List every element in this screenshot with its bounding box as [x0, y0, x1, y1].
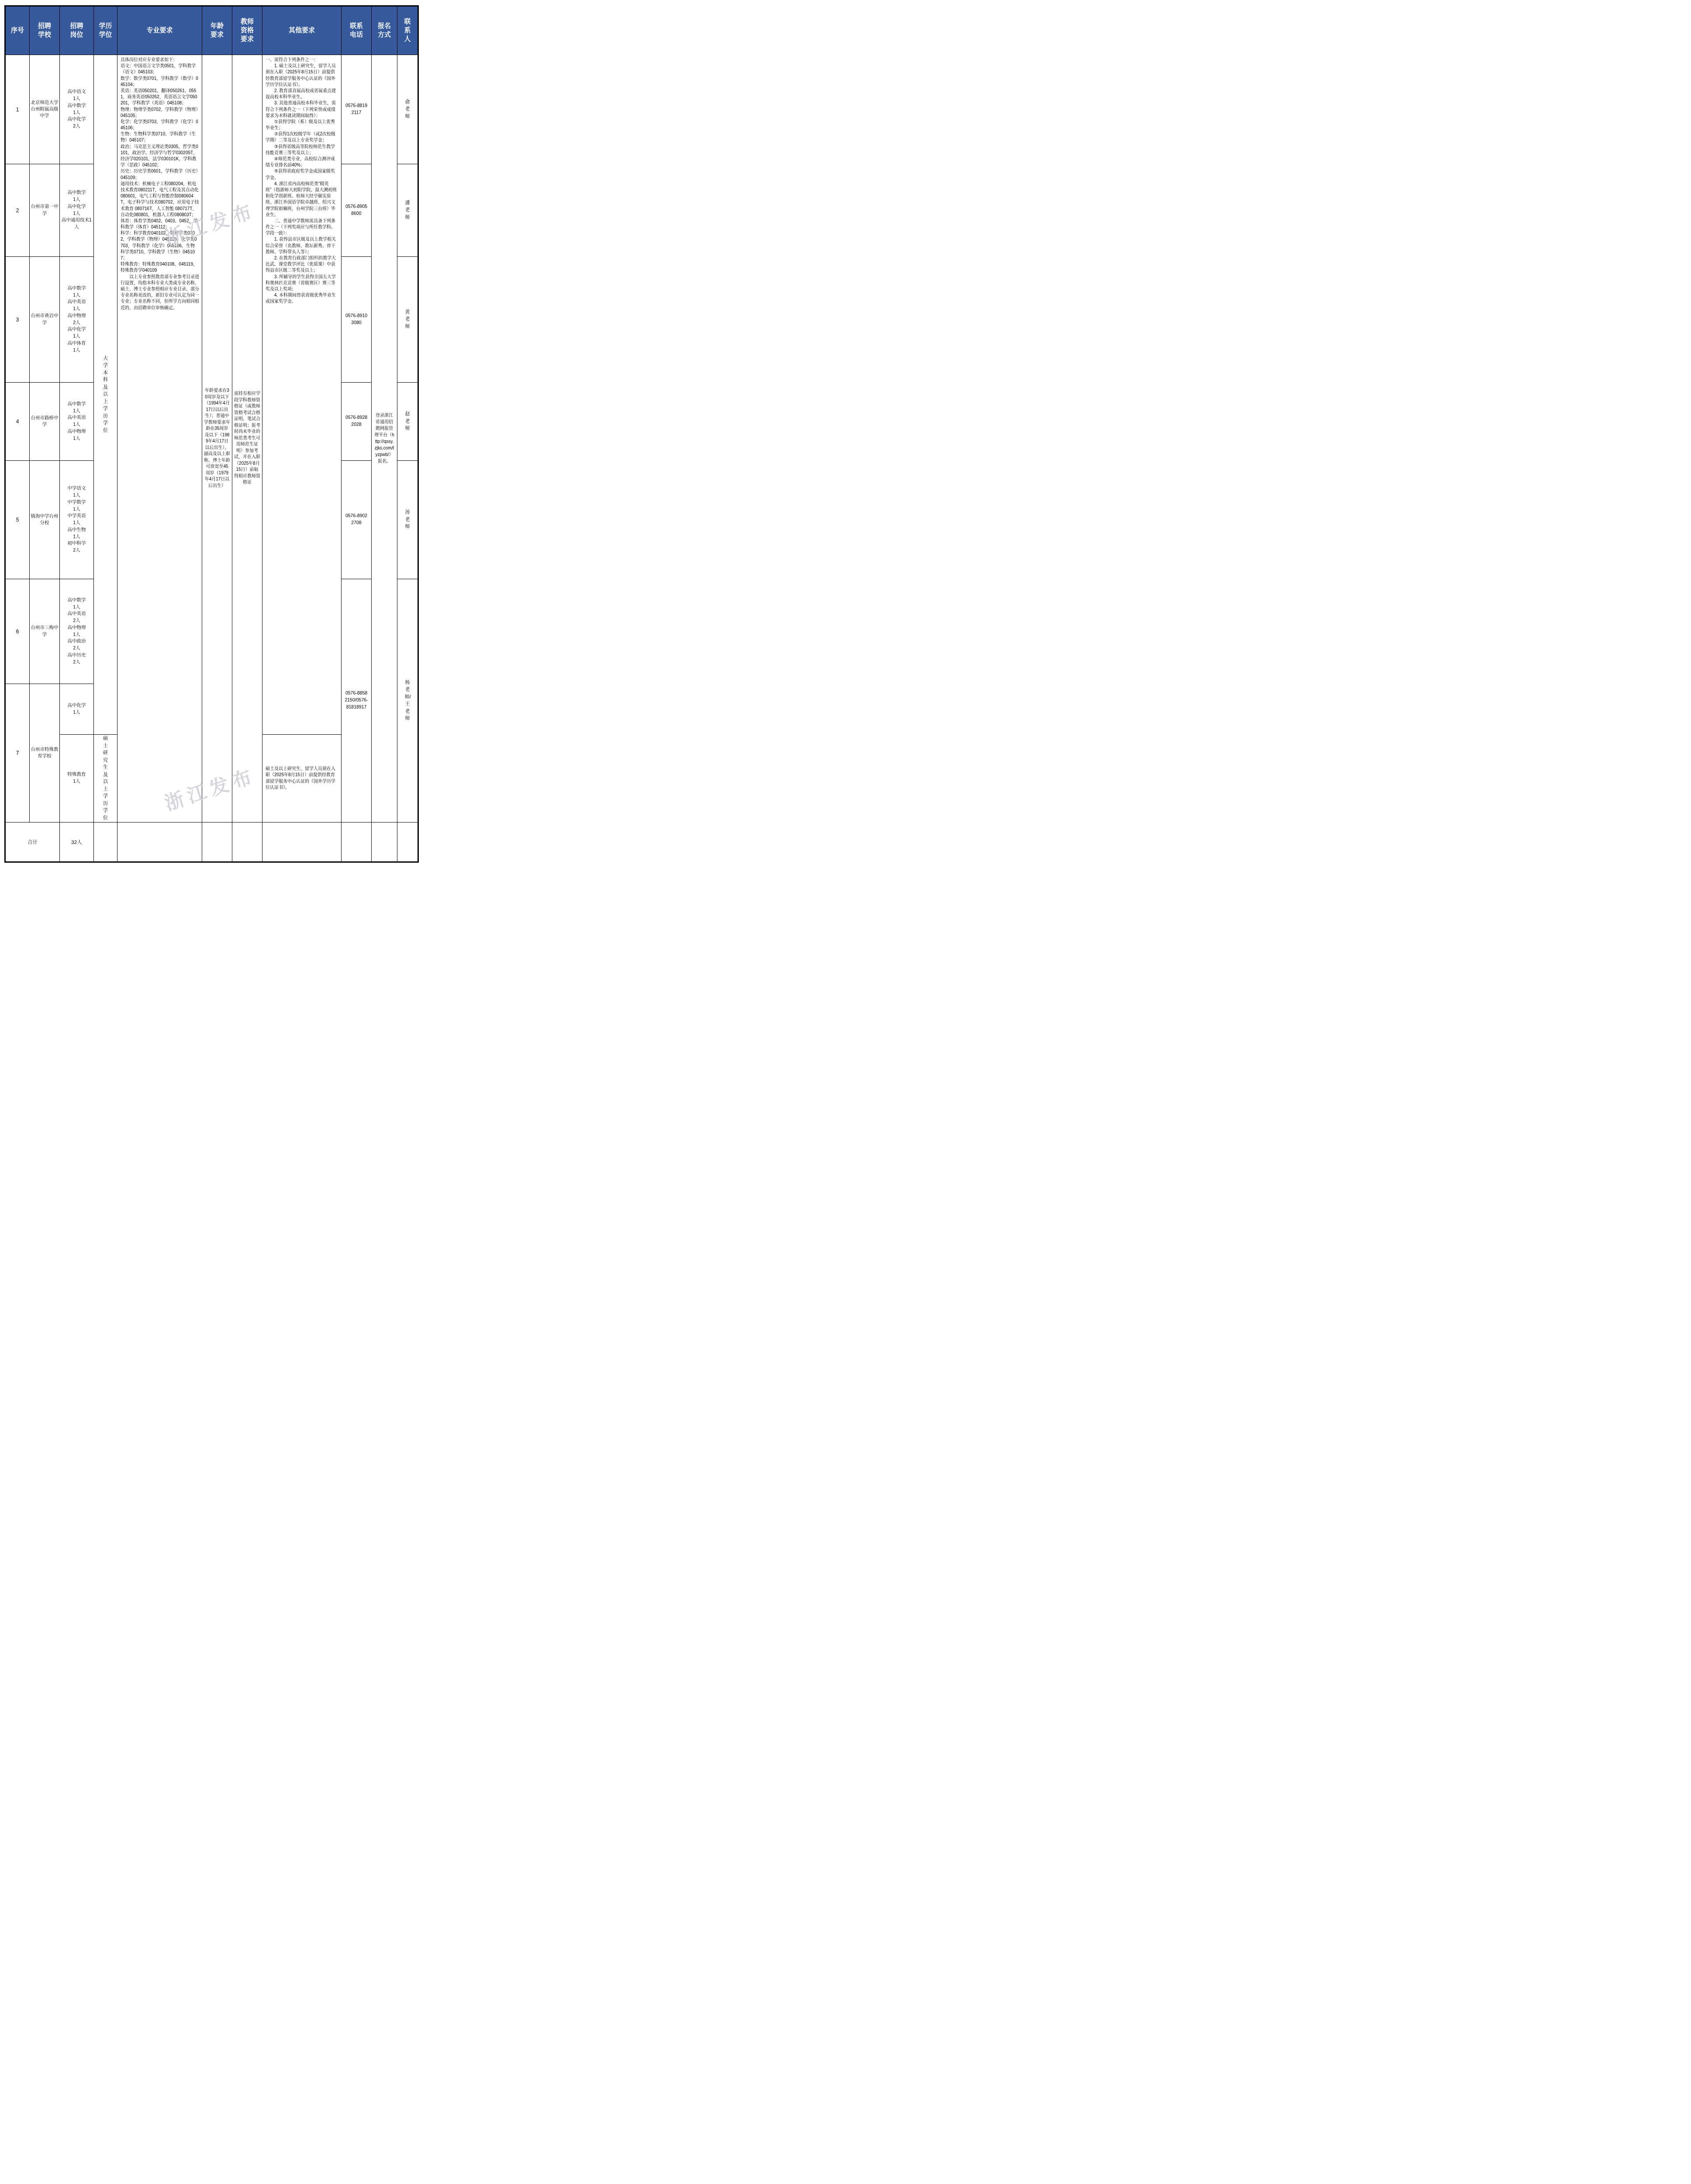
- row3-no: 3: [5, 257, 30, 383]
- col-header-cert: 教师 资格 要求: [232, 6, 262, 55]
- row6-positions: 高中数学 1人 高中英语 2人 高中物理 1人 高中政治 2人 高中历史 2人: [60, 579, 94, 684]
- row4-school: 台州市路桥中学: [30, 383, 60, 461]
- row1-no: 1: [5, 55, 30, 164]
- degree-special-text: 硕士研究生及以上学历学位: [103, 735, 108, 822]
- row5-school: 镇海中学台州分校: [30, 461, 60, 579]
- apply-method-cell: 登录浙江省通用招聘网报管理平台（http://qssy.zjks.com/tyz…: [372, 55, 397, 822]
- row6-school: 台州市三梅中学: [30, 579, 60, 684]
- other-requirements-cell: 一、需符合下列条件之一： 1. 硕士及以上研究生，留学人员须在入职（2025年8…: [262, 55, 342, 735]
- col-header-school: 招聘 学校: [30, 6, 60, 55]
- apply-method-text: 登录浙江省通用招聘网报管理平台（http://qssy.zjks.com/tyz…: [374, 412, 394, 465]
- row6-no: 6: [5, 579, 30, 684]
- col-header-contact: 联 系 人: [397, 6, 418, 55]
- degree-cell-main: 大学本科及以上学历学位: [94, 55, 117, 735]
- row7-positions-b: 特殊教育 1人: [60, 735, 94, 822]
- row2-positions: 高中数学 1人 高中化学 1人 高中通用技术1人: [60, 164, 94, 257]
- row5-no: 5: [5, 461, 30, 579]
- contact-name: 杨老师/王老师: [405, 679, 411, 722]
- row4-contact: 赵老师: [397, 383, 418, 461]
- total-empty-degree: [94, 822, 117, 862]
- row5-phone: 0576-89022708: [342, 461, 372, 579]
- contact-name: 赵老师: [405, 411, 411, 432]
- row3-school: 台州市黄岩中学: [30, 257, 60, 383]
- recruitment-table-page: 序号 招聘 学校 招聘 岗位 学历 学位 专业要求 年龄 要求 教师 资格 要求…: [0, 0, 423, 868]
- total-empty-apply: [372, 822, 397, 862]
- col-header-position: 招聘 岗位: [60, 6, 94, 55]
- row3-phone: 0576-89103080: [342, 257, 372, 383]
- row3-positions: 高中数学 1人 高中英语 1人 高中物理 2人 高中化学 1人 高中体育 1人: [60, 257, 94, 383]
- table-row: 1 北京师范大学台州附属高级中学 高中语文 1人 高中数学 1人 高中化学 2人…: [5, 55, 418, 164]
- row4-no: 4: [5, 383, 30, 461]
- row6-7-contact: 杨老师/王老师: [397, 579, 418, 822]
- row3-contact: 黄老师: [397, 257, 418, 383]
- row6-7-phone: 0576-88582150/0576-81818917: [342, 579, 372, 822]
- header-row: 序号 招聘 学校 招聘 岗位 学历 学位 专业要求 年龄 要求 教师 资格 要求…: [5, 6, 418, 55]
- row1-contact: 俞老师: [397, 55, 418, 164]
- total-count: 32人: [60, 822, 94, 862]
- row2-no: 2: [5, 164, 30, 257]
- col-header-age: 年龄 要求: [202, 6, 232, 55]
- contact-name: 黄老师: [405, 309, 411, 331]
- total-row: 合计 32人: [5, 822, 418, 862]
- contact-name: 俞老师: [405, 99, 411, 121]
- degree-main-text: 大学本科及以上学历学位: [103, 355, 108, 435]
- row1-positions: 高中语文 1人 高中数学 1人 高中化学 2人: [60, 55, 94, 164]
- cert-requirements-cell: 需持有相应学段学科教师资格证（或教师资格考试合格证明、笔试合格证明；报考时尚未毕…: [232, 55, 262, 822]
- contact-name: 潘老师: [405, 200, 411, 221]
- col-header-major: 专业要求: [117, 6, 202, 55]
- total-empty-other: [262, 822, 342, 862]
- row7-no: 7: [5, 684, 30, 822]
- row7-positions-a: 高中化学 1人: [60, 684, 94, 735]
- total-empty-age: [202, 822, 232, 862]
- major-requirements-cell: 具体岗位对应专业要求如下： 语文：中国语言文学类0501，学科教学（语文）045…: [117, 55, 202, 822]
- col-header-apply: 报名 方式: [372, 6, 397, 55]
- total-label: 合计: [5, 822, 60, 862]
- contact-name: 汤老师: [405, 509, 411, 531]
- col-header-other: 其他要求: [262, 6, 342, 55]
- row2-phone: 0576-89058600: [342, 164, 372, 257]
- total-empty-contact: [397, 822, 418, 862]
- degree-cell-special: 硕士研究生及以上学历学位: [94, 735, 117, 822]
- row5-positions: 中学语文 1人 中学数学 1人 中学英语 1人 高中生物 1人 初中科学 2人: [60, 461, 94, 579]
- total-empty-phone: [342, 822, 372, 862]
- recruitment-table: 序号 招聘 学校 招聘 岗位 学历 学位 专业要求 年龄 要求 教师 资格 要求…: [4, 5, 419, 863]
- row7-school: 台州市特殊教育学校: [30, 684, 60, 822]
- row4-positions: 高中数学 1人 高中英语 1人 高中物理 1人: [60, 383, 94, 461]
- row5-contact: 汤老师: [397, 461, 418, 579]
- row1-school: 北京师范大学台州附属高级中学: [30, 55, 60, 164]
- total-empty-cert: [232, 822, 262, 862]
- row1-phone: 0576-88192117: [342, 55, 372, 164]
- row4-phone: 0576-89282028: [342, 383, 372, 461]
- row2-school: 台州市第一中学: [30, 164, 60, 257]
- total-empty-major: [117, 822, 202, 862]
- col-header-no: 序号: [5, 6, 30, 55]
- col-header-degree: 学历 学位: [94, 6, 117, 55]
- other-requirements-special-cell: 硕士及以上研究生，留学人员须在入职（2025年8月15日）前提供经教育部留学服务…: [262, 735, 342, 822]
- col-header-phone: 联系 电话: [342, 6, 372, 55]
- row2-contact: 潘老师: [397, 164, 418, 257]
- age-requirements-cell: 年龄要求在30周岁及以下（1994年4月17日以后出生）；普通中学教师要求年龄在…: [202, 55, 232, 822]
